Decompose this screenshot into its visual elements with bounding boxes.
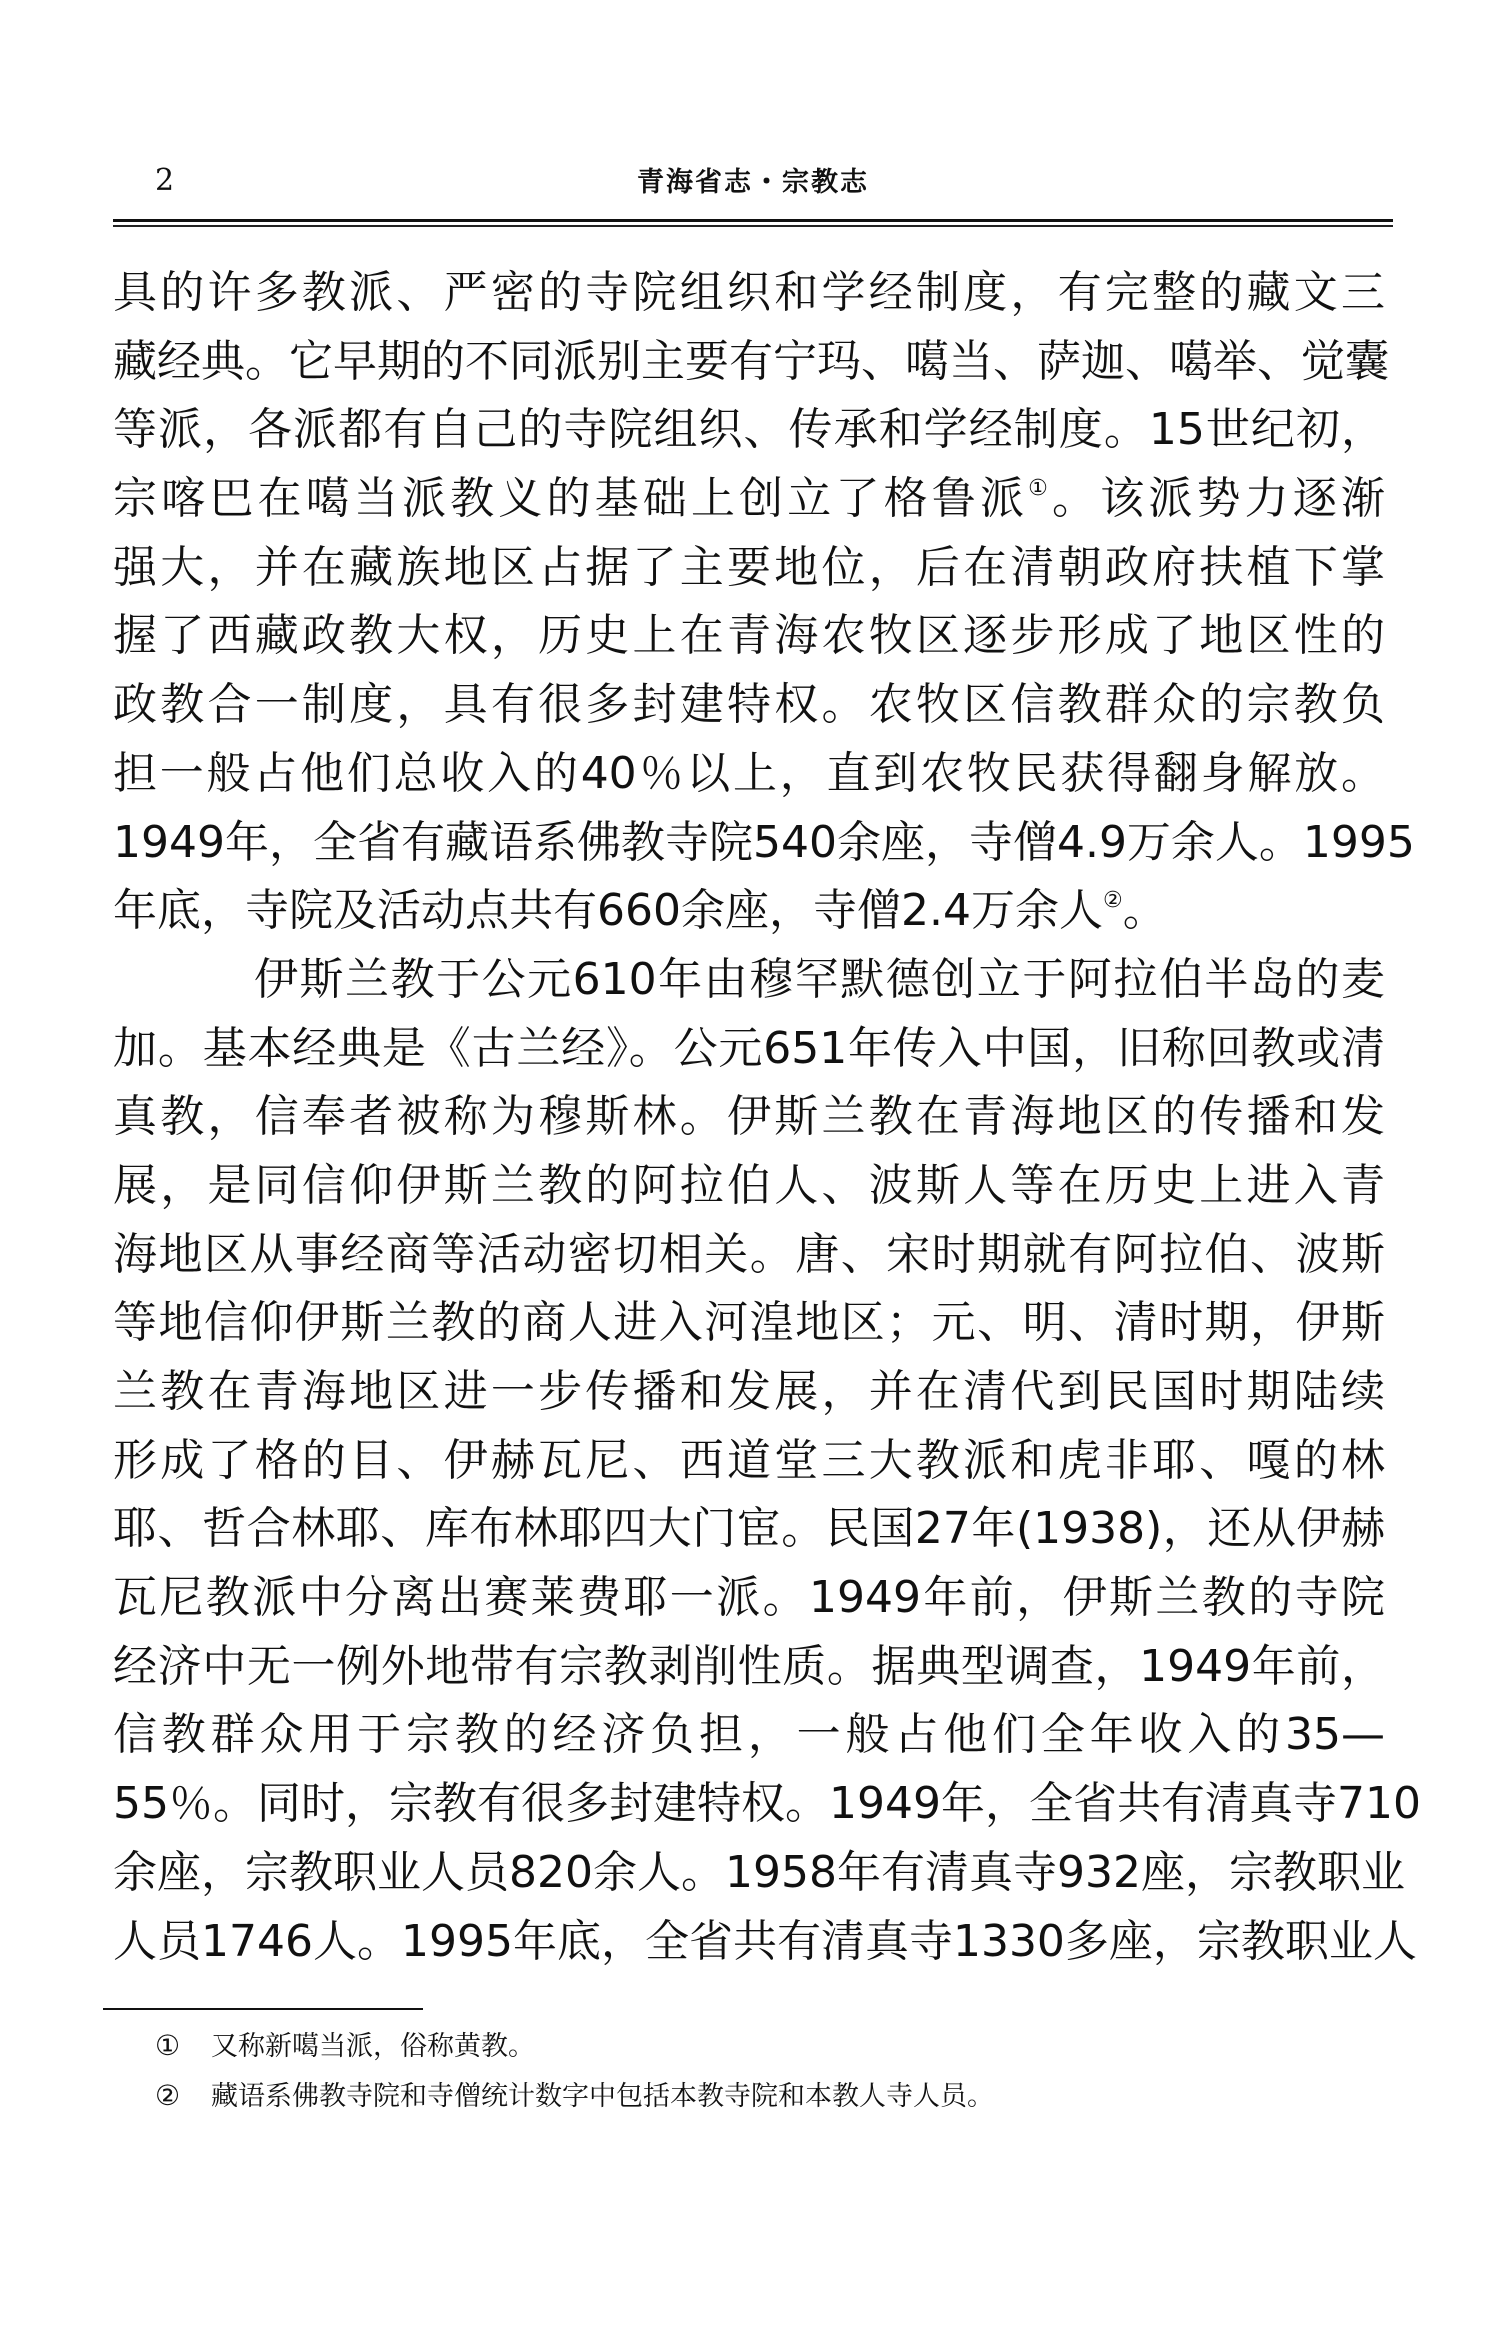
footnote-ref-1[interactable]: ① (1028, 476, 1052, 501)
text-line: 信教群众用于宗教的经济负担，一般占他们全年收入的35— (113, 1704, 1385, 1773)
text-line: 真教，信奉者被称为穆斯林。伊斯兰教在青海地区的传播和发 (113, 1086, 1385, 1155)
text-line: 余座，宗教职业人员820余人。1958年有清真寺932座，宗教职业 (113, 1842, 1385, 1911)
footnote-rule (103, 2008, 423, 2010)
text-line: 耶、哲合林耶、库布林耶四大门宦。民国27年(1938)，还从伊赫 (113, 1498, 1385, 1567)
text-line: 55％。同时，宗教有很多封建特权。1949年，全省共有清真寺710 (113, 1773, 1385, 1842)
running-title: 青海省志・宗教志 (113, 168, 1393, 198)
footnote-text: 藏语系佛教寺院和寺僧统计数字中包括本教寺院和本教人寺人员。 (211, 2081, 994, 2112)
footnote-2: ②藏语系佛教寺院和寺僧统计数字中包括本教寺院和本教人寺人员。 (155, 2074, 1355, 2124)
header-rule (113, 219, 1393, 222)
text-line: 藏经典。它早期的不同派别主要有宁玛、噶当、萨迦、噶举、觉囊 (113, 331, 1385, 400)
text-line: 形成了格的目、伊赫瓦尼、西道堂三大教派和虎非耶、嘎的林 (113, 1430, 1385, 1499)
text-line: 具的许多教派、严密的寺院组织和学经制度，有完整的藏文三 (113, 262, 1385, 331)
footnotes: ①又称新噶当派，俗称黄教。 ②藏语系佛教寺院和寺僧统计数字中包括本教寺院和本教人… (155, 2024, 1355, 2124)
text-line: 展，是同信仰伊斯兰教的阿拉伯人、波斯人等在历史上进入青 (113, 1155, 1385, 1224)
text-line: 政教合一制度，具有很多封建特权。农牧区信教群众的宗教负 (113, 674, 1385, 743)
paragraph-start-line: 伊斯兰教于公元610年由穆罕默德创立于阿拉伯半岛的麦 (113, 949, 1385, 1018)
text-line-with-footnote-ref: 年底，寺院及活动点共有660余座，寺僧2.4万余人②。 (113, 880, 1385, 949)
footnote-text: 又称新噶当派，俗称黄教。 (211, 2031, 535, 2062)
footnote-marker: ① (155, 2024, 211, 2068)
text-line: 兰教在青海地区进一步传播和发展，并在清代到民国时期陆续 (113, 1361, 1385, 1430)
text-line: 经济中无一例外地带有宗教剥削性质。据典型调查，1949年前， (113, 1636, 1385, 1705)
text-segment: 年底，寺院及活动点共有660余座，寺僧2.4万余人 (113, 885, 1103, 936)
text-line: 等派，各派都有自己的寺院组织、传承和学经制度。15世纪初， (113, 399, 1385, 468)
header-rule-secondary (113, 225, 1393, 227)
text-segment: 。该派势力逐渐 (1052, 473, 1385, 524)
text-line: 强大，并在藏族地区占据了主要地位，后在清朝政府扶植下掌 (113, 537, 1385, 606)
text-line: 人员1746人。1995年底，全省共有清真寺1330多座，宗教职业人 (113, 1911, 1385, 1980)
footnote-ref-2[interactable]: ② (1103, 888, 1123, 913)
text-line: 加。基本经典是《古兰经》。公元651年传入中国，旧称回教或清 (113, 1018, 1385, 1087)
text-segment: 宗喀巴在噶当派教义的基础上创立了格鲁派 (113, 473, 1028, 524)
text-line: 担一般占他们总收入的40％以上，直到农牧民获得翻身解放。 (113, 743, 1385, 812)
text-line: 握了西藏政教大权，历史上在青海农牧区逐步形成了地区性的 (113, 605, 1385, 674)
text-line: 1949年，全省有藏语系佛教寺院540余座，寺僧4.9万余人。1995 (113, 812, 1385, 881)
text-line: 海地区从事经商等活动密切相关。唐、宋时期就有阿拉伯、波斯 (113, 1224, 1385, 1293)
text-line: 等地信仰伊斯兰教的商人进入河湟地区；元、明、清时期，伊斯 (113, 1292, 1385, 1361)
page-header: 2 青海省志・宗教志 (113, 160, 1393, 204)
footnote-marker: ② (155, 2074, 211, 2118)
text-segment: 。 (1123, 885, 1167, 936)
body-text: 具的许多教派、严密的寺院组织和学经制度，有完整的藏文三 藏经典。它早期的不同派别… (113, 262, 1385, 1979)
text-line: 瓦尼教派中分离出赛莱费耶一派。1949年前，伊斯兰教的寺院 (113, 1567, 1385, 1636)
footnote-1: ①又称新噶当派，俗称黄教。 (155, 2024, 1355, 2074)
text-line-with-footnote-ref: 宗喀巴在噶当派教义的基础上创立了格鲁派①。该派势力逐渐 (113, 468, 1385, 537)
